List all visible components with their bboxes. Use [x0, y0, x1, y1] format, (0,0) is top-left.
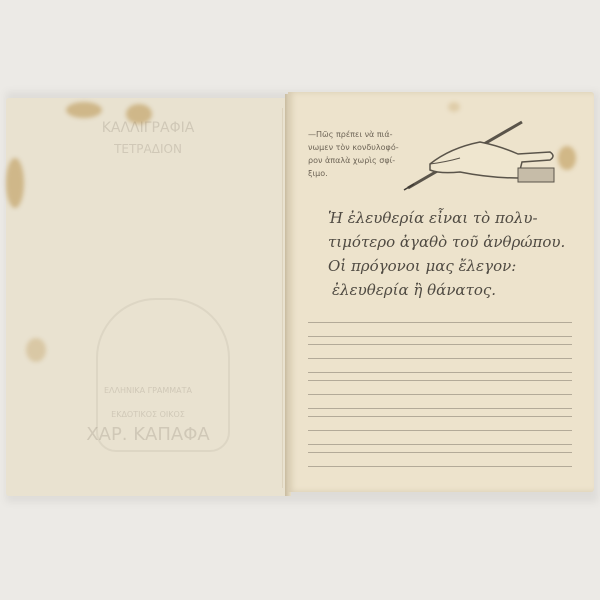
handwriting-sample: Ἡ ἐλευθερία εἶναι τὸ πολυ- τιμότερο ἀγαθ…: [328, 206, 588, 302]
stain: [66, 102, 102, 118]
hand-holding-pen-icon: [400, 112, 570, 192]
ruled-line: [308, 380, 572, 381]
stain: [126, 104, 152, 124]
handwriting-line: Ἡ ἐλευθερία εἶναι τὸ πολυ-: [328, 206, 588, 230]
handwriting-line: τιμότερο ἀγαθὸ τοῦ ἀνθρώπου.: [328, 230, 588, 254]
handwriting-line: Οἱ πρόγονοι μας ἔλεγον:: [328, 254, 588, 278]
ghost-title: ΚΑΛΛΙΓΡΑΦΙΑ: [28, 120, 268, 136]
ruled-line: [308, 336, 572, 337]
ruled-line: [308, 416, 572, 417]
stain: [6, 158, 24, 208]
ruled-line: [308, 322, 572, 323]
ghost-publisher-name: ΧΑΡ. ΚΑΠΑΦΑ: [28, 424, 268, 445]
ghost-publisher-label: ΕΚΔΟΤΙΚΟΣ ΟΙΚΟΣ: [28, 410, 268, 419]
stain: [448, 102, 460, 112]
stain: [26, 338, 46, 362]
ruled-line: [308, 358, 572, 359]
ghost-subtitle: ΤΕΤΡΑΔΙΟΝ: [28, 142, 268, 156]
ruled-line: [308, 466, 572, 467]
ruled-line: [308, 444, 572, 445]
handwriting-line: ἐλευθερία ἢ θάνατος.: [328, 278, 588, 302]
ruled-line: [308, 408, 572, 409]
ruled-line: [308, 344, 572, 345]
ruled-line: [308, 452, 572, 453]
ruled-line: [308, 394, 572, 395]
ruled-line: [308, 430, 572, 431]
ruled-line: [308, 372, 572, 373]
left-page: ΚΑΛΛΙΓΡΑΦΙΑ ΤΕΤΡΑΔΙΟΝ ΕΛΛΗΝΙΚΑ ΓΡΑΜΜΑΤΑ …: [6, 98, 288, 496]
ghost-caption: ΕΛΛΗΝΙΚΑ ΓΡΑΜΜΑΤΑ: [28, 386, 268, 395]
